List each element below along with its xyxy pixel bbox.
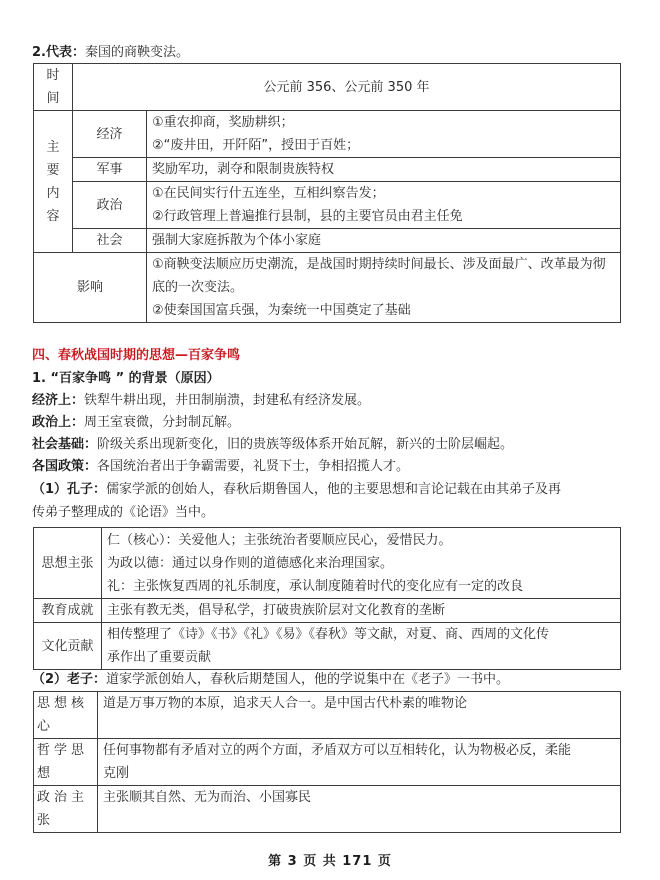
main-content-char: 内 [39,182,67,205]
content-thought: 仁（核心）：关爱他人；主张统治者要顺应民心，爱惜民力。 为政以德：通过以身作则的… [102,528,621,599]
category-philosophy: 哲学思 想 [34,739,98,786]
content-philosophy: 任何事物都有矛盾对立的两个方面，矛盾双方可以互相转化，认为物极必反，柔能 克刚 [98,739,621,786]
laozi-row-philosophy: 哲学思 想 任何事物都有矛盾对立的两个方面，矛盾双方可以互相转化，认为物极必反，… [34,739,621,786]
content-economy: ①重农抑商，奖励耕织； ②“废井田，开阡陌”，授田于百姓； [147,111,621,158]
content-line: ①在民间实行什五连坐，互相纠察告发； [152,182,615,205]
representative-text: 秦国的商鞅变法。 [85,45,189,60]
time-value: 公元前 356、公元前 350 年 [73,64,621,111]
laozi-row-core: 思想核 心 道是万事万物的本原，追求天人合一。是中国古代朴素的唯物论 [34,692,621,739]
confucius-row-culture: 文化贡献 相传整理了《诗》《书》《礼》《易》《春秋》等文献，对夏、商、西周的文化… [34,623,621,670]
background-label: 社会基础： [32,437,97,452]
confucius-row-thought: 思想主张 仁（核心）：关爱他人；主张统治者要顺应民心，爱惜民力。 为政以德：通过… [34,528,621,599]
section-four-subheading: 1. “百家争鸣 ” 的背景（原因） [32,370,220,388]
content-line: 强制大家庭拆散为个体小家庭 [152,229,615,252]
content-military: 奖励军功，剥夺和限制贵族特权 [147,158,621,182]
category-line: 张 [37,809,94,832]
time-label-char-2: 间 [39,87,67,110]
category-line: 心 [37,715,94,738]
category-line: 政治主 [37,786,94,809]
content-society: 强制大家庭拆散为个体小家庭 [147,229,621,253]
main-content-char: 容 [39,205,67,228]
content-line: 主张顺其自然、无为而治、小国寡民 [103,786,615,809]
background-society: 社会基础：阶级关系出现新变化，旧的贵族等级体系开始瓦解，新兴的士阶层崛起。 [32,436,513,454]
reform-row-impact: 影响 ①商鞅变法顺应历史潮流，是战国时期持续时间最长、涉及面最广、改革最为彻底的… [34,253,621,323]
reform-row-society: 社会 强制大家庭拆散为个体小家庭 [34,229,621,253]
content-education: 主张有教无类，倡导私学，打破贵族阶层对文化教育的垄断 [102,599,621,623]
time-label-cell: 时 间 [34,64,73,111]
laozi-table: 思想核 心 道是万事万物的本原，追求天人合一。是中国古代朴素的唯物论 哲学思 想… [33,691,621,833]
laozi-label: （2）老子： [32,672,106,687]
impact-label: 影响 [34,253,147,323]
background-label: 经济上： [32,393,84,408]
time-label-char-1: 时 [39,64,67,87]
page-number-footer: 第 3 页 共 171 页 [0,850,660,869]
confucius-intro-text: 儒家学派的创始人，春秋后期鲁国人，他的主要思想和言论记载在由其弟子及再 [106,482,561,497]
content-line: 奖励军功，剥夺和限制贵族特权 [152,158,615,181]
confucius-intro-line-2: 传弟子整理成的《论语》当中。 [32,504,214,522]
category-thought: 思想主张 [34,528,102,599]
category-economy: 经济 [73,111,147,158]
category-culture: 文化贡献 [34,623,102,670]
category-line: 想 [37,762,94,785]
confucius-row-education: 教育成就 主张有教无类，倡导私学，打破贵族阶层对文化教育的垄断 [34,599,621,623]
content-line: 道是万事万物的本原，追求天人合一。是中国古代朴素的唯物论 [103,692,615,715]
category-politics: 政治主 张 [34,786,98,833]
content-line: 任何事物都有矛盾对立的两个方面，矛盾双方可以互相转化，认为物极必反，柔能 [103,739,615,762]
representative-separator: ： [72,45,85,60]
impact-content: ①商鞅变法顺应历史潮流，是战国时期持续时间最长、涉及面最广、改革最为彻底的一次变… [147,253,621,323]
background-politics: 政治上：周王室衰微，分封制瓦解。 [32,414,240,432]
representative-line: 2.代表：秦国的商鞅变法。 [32,44,189,62]
background-text: 铁犁牛耕出现，井田制崩溃，封建私有经济发展。 [84,393,370,408]
content-line: 为政以德：通过以身作则的道德感化来治理国家。 [107,552,615,575]
impact-line: ②使秦国国富兵强，为秦统一中国奠定了基础 [152,299,615,322]
confucius-table: 思想主张 仁（核心）：关爱他人；主张统治者要顺应民心，爱惜民力。 为政以德：通过… [33,527,621,670]
reform-row-economy: 主 要 内 容 经济 ①重农抑商，奖励耕织； ②“废井田，开阡陌”，授田于百姓； [34,111,621,158]
laozi-intro-line: （2）老子：道家学派创始人，春秋后期楚国人，他的学说集中在《老子》一书中。 [32,671,509,689]
laozi-row-politics: 政治主 张 主张顺其自然、无为而治、小国寡民 [34,786,621,833]
content-line: 相传整理了《诗》《书》《礼》《易》《春秋》等文献，对夏、商、西周的文化传 [107,623,615,646]
category-core: 思想核 心 [34,692,98,739]
content-core: 道是万事万物的本原，追求天人合一。是中国古代朴素的唯物论 [98,692,621,739]
content-line: ②行政管理上普遍推行县制，县的主要官员由君主任免 [152,205,615,228]
content-line: 承作出了重要贡献 [107,646,615,669]
category-line: 思想核 [37,692,94,715]
section-four-heading: 四、春秋战国时期的思想—百家争鸣 [32,347,240,365]
category-politics: 政治 [73,182,147,229]
category-line: 哲学思 [37,739,94,762]
background-label: 各国政策： [32,459,97,474]
main-content-label: 主 要 内 容 [34,111,73,253]
impact-line: ①商鞅变法顺应历史潮流，是战国时期持续时间最长、涉及面最广、改革最为彻底的一次变… [152,253,615,299]
representative-label: 2.代表 [32,45,72,60]
reform-time-row: 时 间 公元前 356、公元前 350 年 [34,64,621,111]
background-text: 阶级关系出现新变化，旧的贵族等级体系开始瓦解，新兴的士阶层崛起。 [97,437,513,452]
content-line: 主张有教无类，倡导私学，打破贵族阶层对文化教育的垄断 [107,599,615,622]
content-politics: 主张顺其自然、无为而治、小国寡民 [98,786,621,833]
reform-row-politics: 政治 ①在民间实行什五连坐，互相纠察告发； ②行政管理上普遍推行县制，县的主要官… [34,182,621,229]
main-content-char: 主 [39,136,67,159]
content-politics: ①在民间实行什五连坐，互相纠察告发； ②行政管理上普遍推行县制，县的主要官员由君… [147,182,621,229]
reform-row-military: 军事 奖励军功，剥夺和限制贵族特权 [34,158,621,182]
background-label: 政治上： [32,415,84,430]
content-line: 克刚 [103,762,615,785]
reform-table: 时 间 公元前 356、公元前 350 年 主 要 内 容 经济 ①重农抑商，奖… [33,63,621,323]
laozi-intro-text: 道家学派创始人，春秋后期楚国人，他的学说集中在《老子》一书中。 [106,672,509,687]
background-economy: 经济上：铁犁牛耕出现，井田制崩溃，封建私有经济发展。 [32,392,370,410]
content-line: 礼：主张恢复西周的礼乐制度，承认制度随着时代的变化应有一定的改良 [107,575,615,598]
category-education: 教育成就 [34,599,102,623]
background-text: 周王室衰微，分封制瓦解。 [84,415,240,430]
content-line: ②“废井田，开阡陌”，授田于百姓； [152,134,615,157]
category-society: 社会 [73,229,147,253]
content-culture: 相传整理了《诗》《书》《礼》《易》《春秋》等文献，对夏、商、西周的文化传 承作出… [102,623,621,670]
category-military: 军事 [73,158,147,182]
background-text: 各国统治者出于争霸需要，礼贤下士，争相招揽人才。 [97,459,409,474]
confucius-label: （1）孔子： [32,482,106,497]
content-line: 仁（核心）：关爱他人；主张统治者要顺应民心，爱惜民力。 [107,529,615,552]
background-policy: 各国政策：各国统治者出于争霸需要，礼贤下士，争相招揽人才。 [32,458,409,476]
content-line: ①重农抑商，奖励耕织； [152,111,615,134]
confucius-intro-line-1: （1）孔子：儒家学派的创始人，春秋后期鲁国人，他的主要思想和言论记载在由其弟子及… [32,481,561,499]
main-content-char: 要 [39,159,67,182]
